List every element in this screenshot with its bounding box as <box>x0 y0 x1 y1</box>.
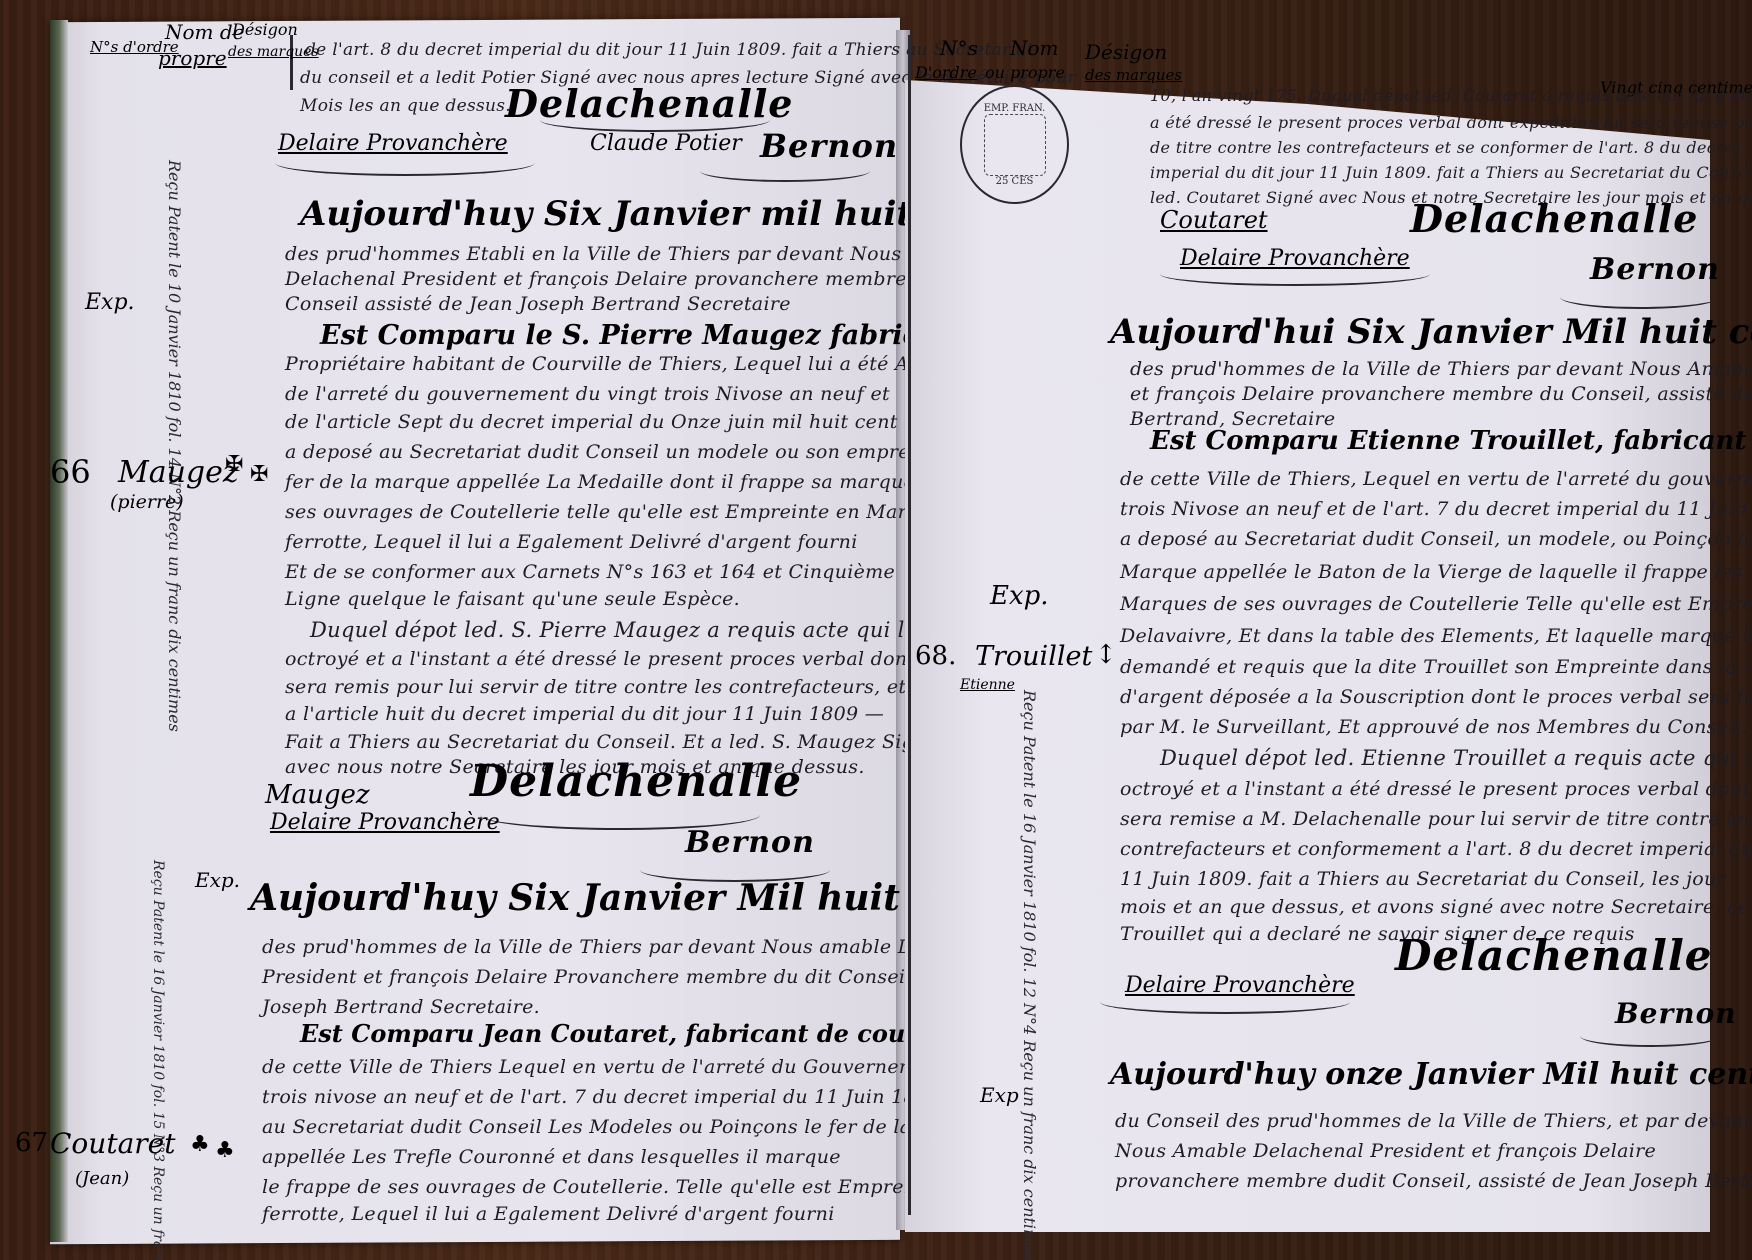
right-header-col2a: Nom <box>1010 38 1059 58</box>
exp-label: Exp <box>980 1085 1019 1105</box>
baton-mark-icon: ↕ <box>1095 640 1117 670</box>
entry-line: appellée Les Trefle Couronné et dans les… <box>262 1148 841 1167</box>
left-header-col3a: Désigon <box>232 22 298 38</box>
entry-given-name: (Jean) <box>75 1170 129 1188</box>
entry-given-name: Etienne <box>960 678 1015 692</box>
entry-line: ferrotte, Lequel il lui a Egalement Deli… <box>285 533 858 552</box>
entry-line: a deposé au Secretariat dudit Conseil un… <box>285 443 948 462</box>
entry-line: des prud'hommes de la Ville de Thiers pa… <box>262 938 1008 957</box>
entry-line: des prud'hommes Etabli en la Ville de Th… <box>285 245 982 264</box>
signature-flourish <box>1580 1025 1720 1047</box>
margin-receipt-note: Reçu Patent le 16 Janvier 1810 fol. 15 N… <box>150 860 166 1100</box>
entry-line: Aujourd'hui Six Janvier Mil huit cent di… <box>1110 315 1752 349</box>
signature-coutaret: Coutaret <box>1160 208 1268 232</box>
entry-line: Nous Amable Delachenal President et fran… <box>1115 1142 1656 1161</box>
seal-figure-icon <box>984 114 1046 176</box>
entry-number: 66 <box>50 456 91 488</box>
entry-line: sera remise a M. Delachenalle pour lui s… <box>1120 810 1752 829</box>
book-binding-edge <box>50 20 68 1242</box>
entry-line: des prud'hommes de la Ville de Thiers pa… <box>1130 360 1752 379</box>
entry-line: octroyé et a l'instant a été dressé le p… <box>1120 780 1752 799</box>
entry-number: 67 <box>15 1130 48 1156</box>
seal-value: 25 CES <box>996 176 1034 187</box>
signature-flourish <box>275 150 535 176</box>
exp-label: Exp. <box>195 870 240 890</box>
signature-bernon: Bernon <box>1590 255 1720 285</box>
signature-flourish <box>1560 285 1720 309</box>
continuation-line: a été dressé le present proces verbal do… <box>1150 115 1752 131</box>
entry-line: Fait a Thiers au Secretariat du Conseil.… <box>285 733 938 752</box>
margin-receipt-note: Reçu Patent le 10 Janvier 1810 fol. 14 N… <box>165 160 184 440</box>
entry-line: Marque appellée le Baton de la Vierge de… <box>1120 563 1742 582</box>
margin-receipt-note: Reçu Patent le 16 Janvier 1810 fol. 12 N… <box>1020 690 1039 1050</box>
exp-label: Exp. <box>85 292 135 314</box>
signature-delachenalle: Delachenalle <box>1395 935 1713 977</box>
signature-flourish <box>540 108 770 132</box>
continuation-line: imperial du dit jour 11 Juin 1809. fait … <box>1150 165 1752 181</box>
entry-line: Ligne quelque le faisant qu'une seule Es… <box>285 590 740 609</box>
signature-potier: Claude Potier <box>590 133 742 155</box>
entry-line: Est Comparu Etienne Trouillet, fabricant… <box>1150 428 1752 454</box>
signature-flourish <box>700 160 870 182</box>
continuation-line: 10, l'an vingt 175. Duquel dépot led. Co… <box>1150 88 1752 104</box>
entry-surname: Maugez <box>118 458 239 488</box>
signature-delachenalle: Delachenalle <box>470 760 802 804</box>
entry-line: Delavaivre, Et dans la table des Element… <box>1120 627 1752 646</box>
entry-line: mois et an que dessus, et avons signé av… <box>1120 898 1752 917</box>
entry-line: et françois Delaire provanchere membre d… <box>1130 385 1752 404</box>
signature-delaire: Delaire Provanchère <box>270 812 500 834</box>
entry-line: Duquel dépot led. Etienne Trouillet a re… <box>1160 748 1752 769</box>
entry-line: ferrotte, Lequel il lui a Egalement Deli… <box>262 1205 835 1224</box>
continuation-line: de titre contre les contrefacteurs et se… <box>1150 140 1740 156</box>
signature-bernon: Bernon <box>1615 1000 1737 1028</box>
entry-line: octroyé et a l'instant a été dressé le p… <box>285 650 966 669</box>
trefoil-mark-icon: ♣ <box>190 1132 210 1157</box>
entry-line: Joseph Bertrand Secretaire. <box>262 998 540 1017</box>
imperial-stamp-seal: EMP. FRAN. 25 CES <box>960 85 1069 204</box>
entry-line: fer de la marque appellée La Medaille do… <box>285 473 915 492</box>
entry-line: d'argent déposée a la Souscription dont … <box>1120 688 1752 707</box>
entry-surname: Trouillet <box>975 643 1092 670</box>
signature-maugez: Maugez <box>265 782 370 808</box>
entry-line: de l'arreté du gouvernement du vingt tro… <box>285 385 890 404</box>
entry-line: provanchere membre dudit Conseil, assist… <box>1115 1172 1752 1191</box>
entry-line: Aujourd'huy onze Janvier Mil huit cent d… <box>1110 1060 1752 1090</box>
entry-line: par M. le Surveillant, Et approuvé de no… <box>1120 718 1747 737</box>
right-header-col1a: N°s <box>940 38 978 58</box>
right-header-col3a: Désigon <box>1085 42 1167 62</box>
entry-line: Et de se conformer aux Carnets N°s 163 e… <box>285 563 895 582</box>
entry-line: a deposé au Secretariat dudit Conseil, u… <box>1120 530 1752 549</box>
right-header-col3b: des marques <box>1085 68 1182 83</box>
right-header-col2b: ou propre <box>985 65 1065 81</box>
cross-mark-icon: ✠ <box>250 462 268 487</box>
signature-bernon: Bernon <box>685 828 815 858</box>
entry-line: Delachenal President et françois Delaire… <box>285 270 971 289</box>
cross-mark-icon: ✠ <box>225 452 243 477</box>
entry-surname: Coutaret <box>50 1130 175 1158</box>
seal-label: EMP. FRAN. <box>984 103 1046 114</box>
entry-line: Marques de ses ouvrages de Coutellerie T… <box>1120 595 1752 614</box>
entry-line: Duquel dépot led. S. Pierre Maugez a req… <box>310 620 986 641</box>
entry-line: 11 Juin 1809. fait a Thiers au Secretari… <box>1120 870 1726 889</box>
entry-line: demandé et requis que la dite Trouillet … <box>1120 658 1752 677</box>
entry-line: de cette Ville de Thiers, Lequel en vert… <box>1120 470 1752 489</box>
right-margin-rule <box>908 35 911 1215</box>
entry-line: au Secretariat dudit Conseil Les Modeles… <box>262 1118 995 1137</box>
entry-line: Propriétaire habitant de Courville de Th… <box>285 355 976 374</box>
entry-line: trois Nivose an neuf et de l'art. 7 du d… <box>1120 500 1752 519</box>
entry-line: Conseil assisté de Jean Joseph Bertrand … <box>285 295 791 314</box>
right-header-col1b: D'ordre <box>915 65 977 81</box>
entry-line: contrefacteurs et conformement a l'art. … <box>1120 840 1752 859</box>
signature-flourish <box>1100 990 1350 1014</box>
entry-line: du Conseil des prud'hommes de la Ville d… <box>1115 1112 1752 1131</box>
signature-flourish <box>1160 262 1430 286</box>
entry-line: ses ouvrages de Coutellerie telle qu'ell… <box>285 503 971 522</box>
continuation-line: Mois les an que dessus. <box>300 98 511 115</box>
signature-delachenalle: Delachenalle <box>1410 200 1698 238</box>
continuation-line: de l'art. 8 du decret imperial du dit jo… <box>305 42 1034 59</box>
entry-given-name: (pierre) <box>110 493 184 512</box>
trefoil-mark-icon: ♣ <box>215 1138 235 1163</box>
entry-line: de l'article Sept du decret imperial du … <box>285 413 948 432</box>
entry-line: a l'article huit du decret imperial du d… <box>285 705 884 724</box>
signature-bernon: Bernon <box>760 130 898 162</box>
left-header-col2b: propre <box>158 48 227 68</box>
exp-label: Exp. <box>990 583 1049 609</box>
entry-number: 68. <box>915 643 956 669</box>
